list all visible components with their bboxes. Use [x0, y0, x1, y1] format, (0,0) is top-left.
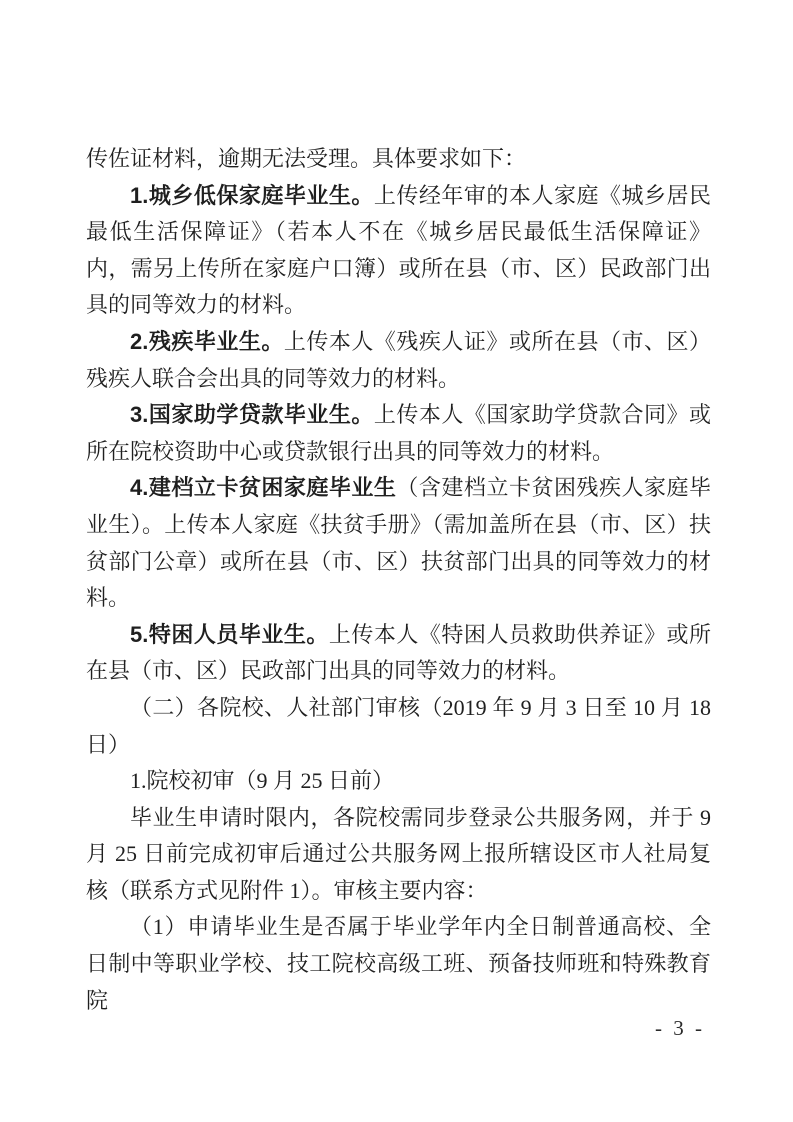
document-body: 传佐证材料，逾期无法受理。具体要求如下：1.城乡低保家庭毕业生。上传经年审的本人…	[86, 141, 711, 1019]
paragraph-review-point-1: （1）申请毕业生是否属于毕业学年内全日制普通高校、全日制中等职业学校、技工院校高…	[86, 909, 711, 1019]
paragraph-subsection-1-school-initial-review: 1.院校初审（9 月 25 日前）	[86, 763, 711, 800]
paragraph-section-2-heading: （二）各院校、人社部门审核（2019 年 9 月 3 日至 10 月 18 日）	[86, 690, 711, 763]
paragraph-item-2-disabled-graduates: 2.残疾毕业生。上传本人《残疾人证》或所在县（市、区）残疾人联合会出具的同等效力…	[86, 324, 711, 397]
item-heading-text: 2.残疾毕业生。	[130, 329, 284, 354]
paragraph-item-3-national-student-loan: 3.国家助学贷款毕业生。上传本人《国家助学贷款合同》或所在院校资助中心或贷款银行…	[86, 397, 711, 470]
body-text: （二）各院校、人社部门审核（2019 年 9 月 3 日至 10 月 18 日）	[86, 695, 711, 757]
paragraph-item-5-extreme-poverty: 5.特困人员毕业生。上传本人《特困人员救助供养证》或所在县（市、区）民政部门出具…	[86, 617, 711, 690]
paragraph-continuation-line: 传佐证材料，逾期无法受理。具体要求如下：	[86, 141, 711, 178]
item-heading-text: 4.建档立卡贫困家庭毕业生	[130, 475, 396, 500]
item-heading-text: 5.特困人员毕业生。	[130, 622, 329, 647]
item-heading-text: 1.城乡低保家庭毕业生。	[130, 183, 374, 208]
item-heading-text: 3.国家助学贷款毕业生。	[130, 402, 374, 427]
body-text: 传佐证材料，逾期无法受理。具体要求如下：	[86, 146, 526, 171]
paragraph-initial-review-procedure: 毕业生申请时限内，各院校需同步登录公共服务网，并于 9 月 25 日前完成初审后…	[86, 800, 711, 910]
paragraph-item-4-registered-poor-family: 4.建档立卡贫困家庭毕业生（含建档立卡贫困残疾人家庭毕业生）。上传本人家庭《扶贫…	[86, 470, 711, 616]
paragraph-item-1-urban-rural-low-income: 1.城乡低保家庭毕业生。上传经年审的本人家庭《城乡居民最低生活保障证》（若本人不…	[86, 178, 711, 324]
document-page: 传佐证材料，逾期无法受理。具体要求如下：1.城乡低保家庭毕业生。上传经年审的本人…	[0, 0, 793, 1122]
body-text: （1）申请毕业生是否属于毕业学年内全日制普通高校、全日制中等职业学校、技工院校高…	[86, 914, 711, 1012]
body-text: 1.院校初审（9 月 25 日前）	[130, 768, 394, 793]
body-text: 毕业生申请时限内，各院校需同步登录公共服务网，并于 9 月 25 日前完成初审后…	[86, 805, 711, 903]
page-number: - 3 -	[655, 1016, 705, 1041]
